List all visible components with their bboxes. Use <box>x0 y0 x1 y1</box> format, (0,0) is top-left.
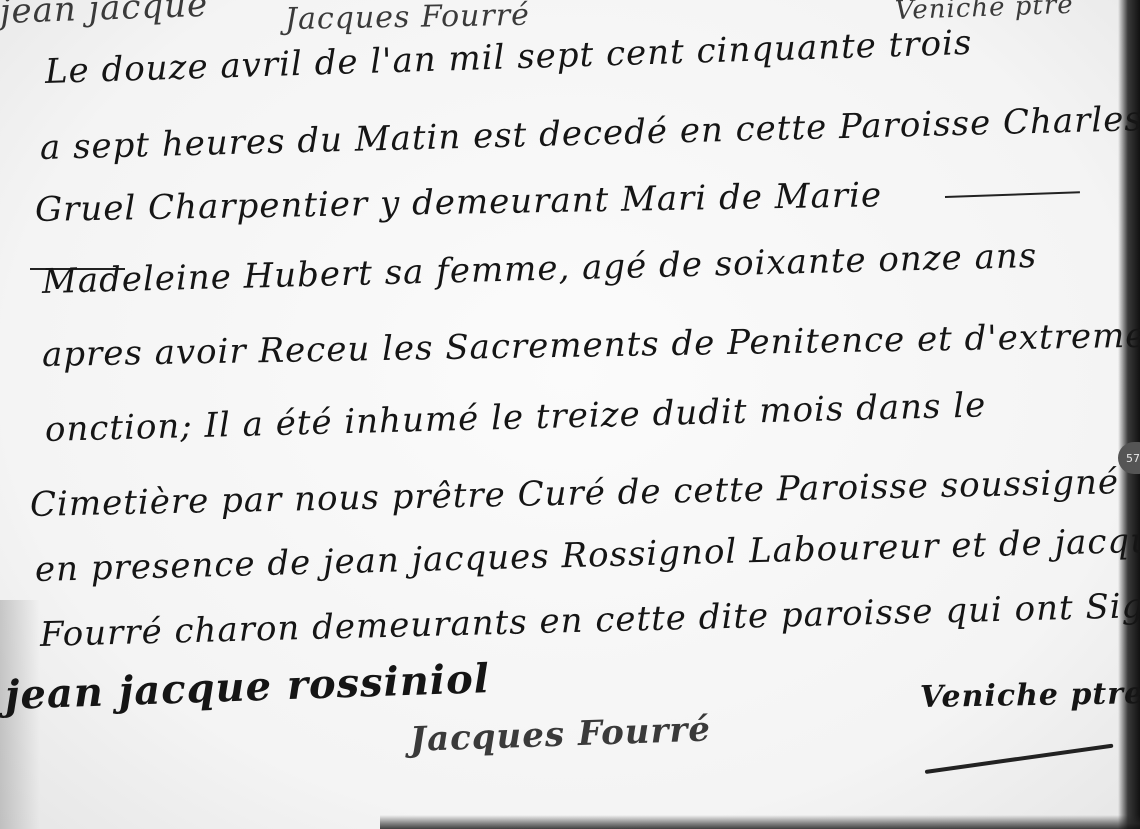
record-line-9: Fourré charon demeurants en cette dite p… <box>39 585 1140 655</box>
signature-jean-jacque-rossiniol: jean jacque rossiniol <box>4 655 491 719</box>
line-filler-stroke <box>945 191 1080 198</box>
record-line-5: apres avoir Receu les Sacrements de Peni… <box>42 316 1140 375</box>
record-line-4: Madeleine Hubert sa femme, agé de soixan… <box>41 236 1037 302</box>
signature-jacques-fourre: Jacques Fourré <box>409 710 711 760</box>
signature-priest-veniche: Veniche ptre <box>920 676 1140 715</box>
page-bottom-edge <box>380 815 1140 829</box>
record-line-2: a sept heures du Matin est decedé en cet… <box>39 99 1140 168</box>
prev-entry-signature-fragment: jean jacque <box>0 0 209 32</box>
record-line-1: Le douze avril de l'an mil sept cent cin… <box>44 23 973 92</box>
prev-entry-signature-priest: Veniche ptre <box>894 0 1074 26</box>
record-line-6: onction; Il a été inhumé le treize dudit… <box>44 385 986 450</box>
signature-flourish <box>925 744 1114 774</box>
scanned-document-page: jean jacque Jacques Fourré Veniche ptre … <box>0 0 1140 829</box>
prev-entry-signature-jacques: Jacques Fourré <box>285 0 530 37</box>
record-line-3: Gruel Charpentier y demeurant Mari de Ma… <box>35 175 883 230</box>
record-line-8: en presence de jean jacques Rossignol La… <box>34 520 1140 590</box>
page-number: 57 <box>1126 452 1140 465</box>
record-line-7: Cimetière par nous prêtre Curé de cette … <box>30 462 1120 525</box>
